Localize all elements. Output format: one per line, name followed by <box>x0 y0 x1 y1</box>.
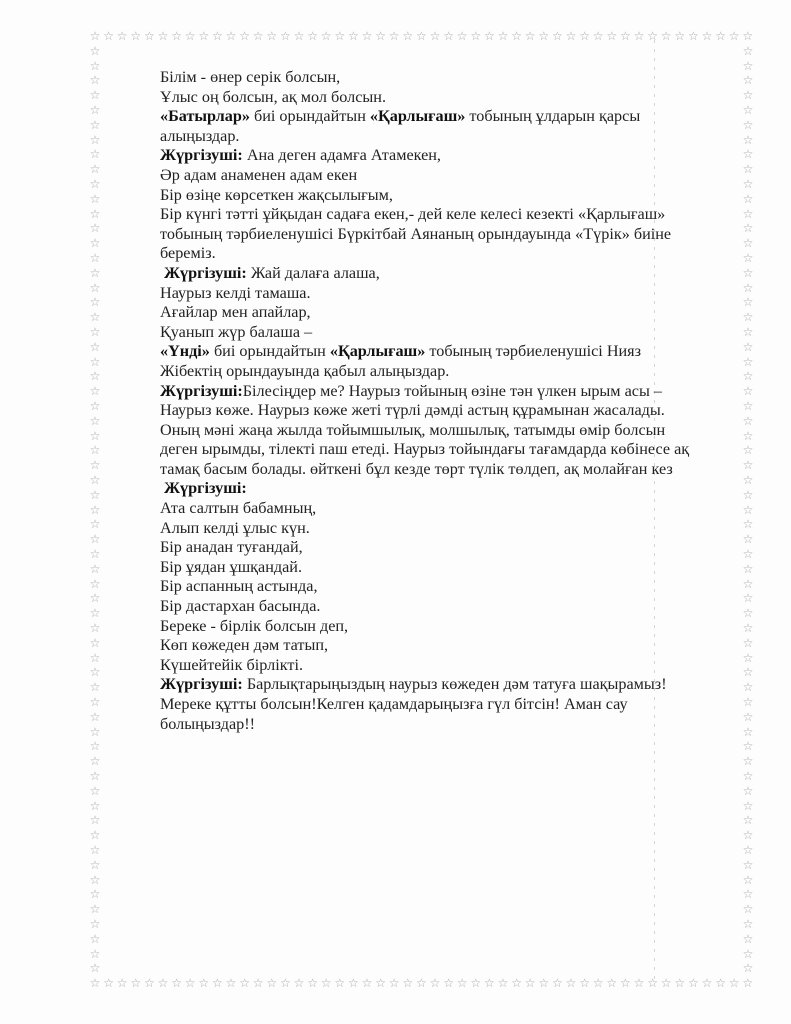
star-icon: ☆ <box>89 459 101 471</box>
star-icon: ☆ <box>742 578 754 590</box>
star-icon: ☆ <box>143 977 155 989</box>
star-icon: ☆ <box>592 977 604 989</box>
text-span: Білесіңдер ме? Наурыз тойының өзіне тән … <box>243 382 662 400</box>
star-icon: ☆ <box>633 977 645 989</box>
star-icon: ☆ <box>742 400 754 412</box>
star-icon: ☆ <box>89 208 101 220</box>
star-icon: ☆ <box>742 30 754 42</box>
star-icon: ☆ <box>388 977 400 989</box>
text-line: Бір дастархан басында. <box>160 597 730 617</box>
star-icon: ☆ <box>89 237 101 249</box>
star-icon: ☆ <box>742 267 754 279</box>
star-icon: ☆ <box>742 785 754 797</box>
text-span: Қуанып жүр балаша – <box>160 323 312 341</box>
text-span: Бір ұядан ұшқандай. <box>160 558 302 576</box>
star-icon: ☆ <box>89 282 101 294</box>
text-line: Бір күнгі тәтті ұйқыдан садаға екен,- де… <box>160 205 730 225</box>
star-icon: ☆ <box>89 637 101 649</box>
star-icon: ☆ <box>89 740 101 752</box>
text-span: Білім - өнер серік болсын, <box>160 68 340 86</box>
star-icon: ☆ <box>293 30 305 42</box>
star-icon: ☆ <box>742 948 754 960</box>
star-icon: ☆ <box>565 30 577 42</box>
text-span: Көп көжеден дәм татып, <box>160 636 328 654</box>
text-span: Оның мәні жаңа жылда тойымшылық, молшылы… <box>160 421 665 439</box>
star-icon: ☆ <box>742 134 754 146</box>
star-icon: ☆ <box>456 30 468 42</box>
star-icon: ☆ <box>701 30 713 42</box>
star-icon: ☆ <box>89 814 101 826</box>
star-icon: ☆ <box>742 193 754 205</box>
star-icon: ☆ <box>89 844 101 856</box>
star-icon: ☆ <box>687 977 699 989</box>
star-icon: ☆ <box>443 30 455 42</box>
star-icon: ☆ <box>742 711 754 723</box>
star-icon: ☆ <box>429 977 441 989</box>
star-icon: ☆ <box>402 977 414 989</box>
text-line: Жүргізуші: Барлықтарыңыздың наурыз көжед… <box>160 675 730 695</box>
text-span: Алып келді ұлыс күн. <box>160 519 310 537</box>
text-line: Жүргізуші: <box>160 479 730 499</box>
star-icon: ☆ <box>171 977 183 989</box>
star-icon: ☆ <box>742 237 754 249</box>
text-span: Бір өзіңе көрсеткен жақсылығым, <box>160 186 393 204</box>
star-icon: ☆ <box>89 60 101 72</box>
star-icon: ☆ <box>470 30 482 42</box>
star-icon: ☆ <box>347 977 359 989</box>
text-line: Жүргізуші: Ана деген адамға Атамекен, <box>160 146 730 166</box>
star-icon: ☆ <box>130 977 142 989</box>
star-icon: ☆ <box>89 385 101 397</box>
star-icon: ☆ <box>742 533 754 545</box>
bold-text: «Қарлығаш» <box>330 342 425 360</box>
star-icon: ☆ <box>742 148 754 160</box>
star-icon: ☆ <box>89 888 101 900</box>
star-icon: ☆ <box>184 30 196 42</box>
star-icon: ☆ <box>89 918 101 930</box>
star-icon: ☆ <box>198 30 210 42</box>
star-icon: ☆ <box>89 311 101 323</box>
star-icon: ☆ <box>742 444 754 456</box>
text-span: Бір күнгі тәтті ұйқыдан садаға екен,- де… <box>160 205 665 223</box>
star-icon: ☆ <box>171 30 183 42</box>
star-icon: ☆ <box>742 607 754 619</box>
star-icon: ☆ <box>470 977 482 989</box>
text-line: алыңыздар. <box>160 127 730 147</box>
star-icon: ☆ <box>89 89 101 101</box>
star-icon: ☆ <box>715 977 727 989</box>
star-icon: ☆ <box>89 119 101 131</box>
text-line: «Батырлар» биі орындайтын «Қарлығаш» тоб… <box>160 107 730 127</box>
star-icon: ☆ <box>307 30 319 42</box>
star-icon: ☆ <box>103 977 115 989</box>
text-line: Жібектің орындауында қабыл алыңыздар. <box>160 362 730 382</box>
text-span: тобының ұлдарын қарсы <box>465 107 640 125</box>
text-line: Ұлыс оң болсын, ақ мол болсын. <box>160 88 730 108</box>
star-icon: ☆ <box>742 696 754 708</box>
star-icon: ☆ <box>89 666 101 678</box>
star-icon: ☆ <box>619 977 631 989</box>
star-icon: ☆ <box>225 977 237 989</box>
star-icon: ☆ <box>742 977 754 989</box>
star-icon: ☆ <box>579 30 591 42</box>
star-icon: ☆ <box>660 977 672 989</box>
star-icon: ☆ <box>116 30 128 42</box>
star-icon: ☆ <box>89 563 101 575</box>
star-icon: ☆ <box>742 829 754 841</box>
text-line: Әр адам анаменен адам екен <box>160 166 730 186</box>
text-span: Күшейтейік бірлікті. <box>160 656 303 674</box>
star-icon: ☆ <box>742 74 754 86</box>
star-icon: ☆ <box>551 30 563 42</box>
star-icon: ☆ <box>742 104 754 116</box>
text-line: Береке - бірлік болсын деп, <box>160 617 730 637</box>
text-span: алыңыздар. <box>160 127 239 145</box>
star-icon: ☆ <box>660 30 672 42</box>
star-icon: ☆ <box>89 681 101 693</box>
star-icon: ☆ <box>89 977 101 989</box>
star-icon: ☆ <box>89 430 101 442</box>
star-icon: ☆ <box>742 385 754 397</box>
star-icon: ☆ <box>279 977 291 989</box>
text-span: Наурыз көже. Наурыз көже жеті түрлі дәмд… <box>160 401 665 419</box>
star-icon: ☆ <box>742 903 754 915</box>
text-line: Алып келді ұлыс күн. <box>160 519 730 539</box>
star-icon: ☆ <box>742 844 754 856</box>
star-icon: ☆ <box>143 30 155 42</box>
star-icon: ☆ <box>742 726 754 738</box>
star-icon: ☆ <box>742 681 754 693</box>
star-icon: ☆ <box>89 903 101 915</box>
star-icon: ☆ <box>742 415 754 427</box>
star-icon: ☆ <box>157 977 169 989</box>
star-icon: ☆ <box>606 977 618 989</box>
text-span: тобының тәрбиеленушісі Нияз <box>425 342 641 360</box>
star-icon: ☆ <box>742 933 754 945</box>
star-icon: ☆ <box>279 30 291 42</box>
text-line: Мереке құтты болсын!Келген қадамдарыңызғ… <box>160 695 730 715</box>
bold-text: Жүргізуші: <box>160 146 243 164</box>
star-icon: ☆ <box>89 948 101 960</box>
star-icon: ☆ <box>266 977 278 989</box>
text-span: Әр адам анаменен адам екен <box>160 166 357 184</box>
star-icon: ☆ <box>742 311 754 323</box>
star-icon: ☆ <box>375 977 387 989</box>
star-icon: ☆ <box>89 104 101 116</box>
star-icon: ☆ <box>334 977 346 989</box>
star-icon: ☆ <box>606 30 618 42</box>
text-line: Бір аспанның астында, <box>160 577 730 597</box>
text-line: Қуанып жүр балаша – <box>160 323 730 343</box>
star-icon: ☆ <box>89 222 101 234</box>
star-icon: ☆ <box>388 30 400 42</box>
star-icon: ☆ <box>89 829 101 841</box>
star-icon: ☆ <box>456 977 468 989</box>
star-icon: ☆ <box>592 30 604 42</box>
star-icon: ☆ <box>524 977 536 989</box>
star-icon: ☆ <box>742 859 754 871</box>
star-icon: ☆ <box>742 370 754 382</box>
text-line: тобының тәрбиеленушісі Бүркітбай Аянаның… <box>160 225 730 245</box>
star-icon: ☆ <box>89 489 101 501</box>
star-icon: ☆ <box>89 755 101 767</box>
star-icon: ☆ <box>89 962 101 974</box>
star-icon: ☆ <box>89 252 101 264</box>
star-icon: ☆ <box>687 30 699 42</box>
star-icon: ☆ <box>415 977 427 989</box>
star-icon: ☆ <box>742 740 754 752</box>
star-icon: ☆ <box>742 563 754 575</box>
star-icon: ☆ <box>742 548 754 560</box>
star-icon: ☆ <box>551 977 563 989</box>
text-line: тамақ басым болады. өйткені бұл кезде тө… <box>160 460 730 480</box>
star-icon: ☆ <box>443 977 455 989</box>
star-icon: ☆ <box>538 30 550 42</box>
text-line: Наурыз көже. Наурыз көже жеті түрлі дәмд… <box>160 401 730 421</box>
star-icon: ☆ <box>483 30 495 42</box>
text-span: Жібектің орындауында қабыл алыңыздар. <box>160 362 449 380</box>
star-icon: ☆ <box>742 814 754 826</box>
star-icon: ☆ <box>742 755 754 767</box>
bold-text: Жүргізуші: <box>160 675 243 693</box>
text-line: болыңыздар!! <box>160 715 730 735</box>
text-span: Жай далаға алаша, <box>247 264 380 282</box>
star-icon: ☆ <box>252 30 264 42</box>
star-icon: ☆ <box>742 962 754 974</box>
star-icon: ☆ <box>742 666 754 678</box>
text-span: Ағайлар мен апайлар, <box>160 303 311 321</box>
star-icon: ☆ <box>89 193 101 205</box>
star-icon: ☆ <box>483 977 495 989</box>
star-icon: ☆ <box>89 800 101 812</box>
star-icon: ☆ <box>742 430 754 442</box>
text-line: Наурыз келді тамаша. <box>160 284 730 304</box>
star-icon: ☆ <box>293 977 305 989</box>
star-icon: ☆ <box>89 474 101 486</box>
star-icon: ☆ <box>402 30 414 42</box>
text-span: тобының тәрбиеленушісі Бүркітбай Аянаның… <box>160 225 671 243</box>
bold-text: «Батырлар» <box>160 107 250 125</box>
star-icon: ☆ <box>89 504 101 516</box>
bold-text: «Қарлығаш» <box>370 107 465 125</box>
star-icon: ☆ <box>89 148 101 160</box>
text-line: «Үнді» биі орындайтын «Қарлығаш» тобының… <box>160 342 730 362</box>
star-icon: ☆ <box>742 800 754 812</box>
star-icon: ☆ <box>130 30 142 42</box>
star-icon: ☆ <box>415 30 427 42</box>
star-icon: ☆ <box>742 770 754 782</box>
star-icon: ☆ <box>89 415 101 427</box>
star-icon: ☆ <box>89 874 101 886</box>
text-span: тамақ басым болады. өйткені бұл кезде тө… <box>160 460 673 478</box>
star-icon: ☆ <box>320 30 332 42</box>
star-icon: ☆ <box>252 977 264 989</box>
star-icon: ☆ <box>89 578 101 590</box>
star-icon: ☆ <box>307 977 319 989</box>
star-icon: ☆ <box>89 267 101 279</box>
star-icon: ☆ <box>579 977 591 989</box>
bold-text: Жүргізуші: <box>164 264 247 282</box>
star-icon: ☆ <box>239 977 251 989</box>
text-line: Жүргізуші: Жай далаға алаша, <box>160 264 730 284</box>
text-span: Ана деген адамға Атамекен, <box>243 146 441 164</box>
star-icon: ☆ <box>89 400 101 412</box>
star-icon: ☆ <box>728 30 740 42</box>
star-icon: ☆ <box>538 977 550 989</box>
star-icon: ☆ <box>184 977 196 989</box>
star-icon: ☆ <box>715 30 727 42</box>
star-icon: ☆ <box>742 178 754 190</box>
star-icon: ☆ <box>742 652 754 664</box>
text-line: Ата салтын бабамның, <box>160 499 730 519</box>
star-icon: ☆ <box>742 459 754 471</box>
bold-text: «Үнді» <box>160 342 210 360</box>
text-line: деген ырымды, тілекті паш етеді. Наурыз … <box>160 440 730 460</box>
star-icon: ☆ <box>361 977 373 989</box>
star-icon: ☆ <box>89 74 101 86</box>
star-icon: ☆ <box>742 356 754 368</box>
star-icon: ☆ <box>89 859 101 871</box>
star-icon: ☆ <box>89 726 101 738</box>
star-icon: ☆ <box>103 30 115 42</box>
star-icon: ☆ <box>266 30 278 42</box>
text-span: Бір аспанның астында, <box>160 577 318 595</box>
star-icon: ☆ <box>619 30 631 42</box>
star-icon: ☆ <box>742 252 754 264</box>
star-icon: ☆ <box>742 474 754 486</box>
star-icon: ☆ <box>89 548 101 560</box>
star-icon: ☆ <box>89 356 101 368</box>
star-icon: ☆ <box>89 30 101 42</box>
star-icon: ☆ <box>375 30 387 42</box>
star-icon: ☆ <box>89 770 101 782</box>
star-icon: ☆ <box>647 30 659 42</box>
star-icon: ☆ <box>211 30 223 42</box>
text-span: Ата салтын бабамның, <box>160 499 316 517</box>
star-icon: ☆ <box>429 30 441 42</box>
star-icon: ☆ <box>89 533 101 545</box>
star-icon: ☆ <box>89 178 101 190</box>
star-icon: ☆ <box>89 326 101 338</box>
star-icon: ☆ <box>742 918 754 930</box>
star-icon: ☆ <box>334 30 346 42</box>
star-icon: ☆ <box>89 444 101 456</box>
star-icon: ☆ <box>742 874 754 886</box>
star-icon: ☆ <box>198 977 210 989</box>
document-body: Білім - өнер серік болсын,Ұлыс оң болсын… <box>160 68 730 734</box>
star-icon: ☆ <box>89 370 101 382</box>
text-span: Мереке құтты болсын!Келген қадамдарыңызғ… <box>160 695 628 713</box>
star-icon: ☆ <box>89 933 101 945</box>
star-icon: ☆ <box>742 60 754 72</box>
text-line: Жүргізуші:Білесіңдер ме? Наурыз тойының … <box>160 382 730 402</box>
star-icon: ☆ <box>742 222 754 234</box>
star-icon: ☆ <box>89 711 101 723</box>
star-icon: ☆ <box>89 163 101 175</box>
star-icon: ☆ <box>497 977 509 989</box>
text-line: Бір өзіңе көрсеткен жақсылығым, <box>160 186 730 206</box>
text-span: болыңыздар!! <box>160 715 255 733</box>
star-icon: ☆ <box>742 518 754 530</box>
star-icon: ☆ <box>89 785 101 797</box>
star-icon: ☆ <box>89 134 101 146</box>
star-icon: ☆ <box>225 30 237 42</box>
scanned-page: ☆☆☆☆☆☆☆☆☆☆☆☆☆☆☆☆☆☆☆☆☆☆☆☆☆☆☆☆☆☆☆☆☆☆☆☆☆☆☆☆… <box>0 0 791 1024</box>
text-line: береміз. <box>160 244 730 264</box>
star-icon: ☆ <box>728 977 740 989</box>
text-line: Оның мәні жаңа жылда тойымшылық, молшылы… <box>160 421 730 441</box>
bold-text: Жүргізуші: <box>160 382 243 400</box>
star-icon: ☆ <box>742 163 754 175</box>
star-icon: ☆ <box>674 977 686 989</box>
star-icon: ☆ <box>497 30 509 42</box>
star-icon: ☆ <box>742 208 754 220</box>
star-icon: ☆ <box>701 977 713 989</box>
text-line: Ағайлар мен апайлар, <box>160 303 730 323</box>
star-icon: ☆ <box>742 504 754 516</box>
text-span: биі орындайтын <box>250 107 370 125</box>
star-icon: ☆ <box>742 296 754 308</box>
text-span: береміз. <box>160 244 216 262</box>
text-span: Береке - бірлік болсын деп, <box>160 617 348 635</box>
star-icon: ☆ <box>742 45 754 57</box>
star-icon: ☆ <box>742 89 754 101</box>
star-icon: ☆ <box>742 326 754 338</box>
text-span: Ұлыс оң болсын, ақ мол болсын. <box>160 88 386 106</box>
star-icon: ☆ <box>347 30 359 42</box>
star-icon: ☆ <box>361 30 373 42</box>
bold-text: Жүргізуші: <box>164 479 247 497</box>
text-span: Бір анадан туғандай, <box>160 538 303 556</box>
star-icon: ☆ <box>157 30 169 42</box>
text-line: Бір ұядан ұшқандай. <box>160 558 730 578</box>
star-icon: ☆ <box>633 30 645 42</box>
text-line: Білім - өнер серік болсын, <box>160 68 730 88</box>
text-line: Күшейтейік бірлікті. <box>160 656 730 676</box>
star-icon: ☆ <box>239 30 251 42</box>
star-icon: ☆ <box>742 119 754 131</box>
star-icon: ☆ <box>565 977 577 989</box>
star-icon: ☆ <box>674 30 686 42</box>
star-icon: ☆ <box>511 30 523 42</box>
star-icon: ☆ <box>89 592 101 604</box>
star-icon: ☆ <box>89 341 101 353</box>
text-span: биі орындайтын <box>210 342 330 360</box>
star-icon: ☆ <box>89 622 101 634</box>
text-line: Көп көжеден дәм татып, <box>160 636 730 656</box>
star-icon: ☆ <box>742 282 754 294</box>
text-span: Бір дастархан басында. <box>160 597 320 615</box>
star-icon: ☆ <box>89 696 101 708</box>
star-icon: ☆ <box>647 977 659 989</box>
text-span: деген ырымды, тілекті паш етеді. Наурыз … <box>160 440 689 458</box>
star-icon: ☆ <box>89 652 101 664</box>
star-icon: ☆ <box>89 296 101 308</box>
star-icon: ☆ <box>742 341 754 353</box>
text-span: Наурыз келді тамаша. <box>160 284 311 302</box>
star-icon: ☆ <box>116 977 128 989</box>
star-icon: ☆ <box>524 30 536 42</box>
star-icon: ☆ <box>89 45 101 57</box>
star-icon: ☆ <box>742 592 754 604</box>
star-icon: ☆ <box>89 518 101 530</box>
star-icon: ☆ <box>742 622 754 634</box>
text-line: Бір анадан туғандай, <box>160 538 730 558</box>
star-icon: ☆ <box>742 489 754 501</box>
star-icon: ☆ <box>742 888 754 900</box>
star-icon: ☆ <box>742 637 754 649</box>
star-icon: ☆ <box>89 607 101 619</box>
